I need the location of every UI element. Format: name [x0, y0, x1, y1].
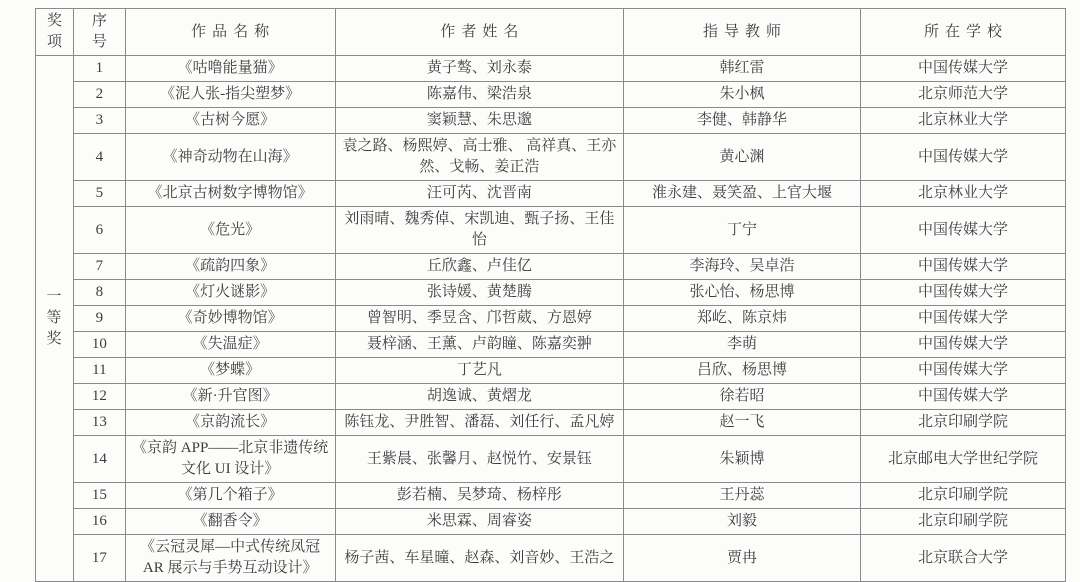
header-title: 作品名称 [125, 9, 335, 56]
cell-school: 北京联合大学 [861, 535, 1066, 582]
cell-authors: 汪可芮、沈晋南 [335, 181, 623, 207]
cell-no: 6 [74, 207, 126, 254]
cell-advisors: 赵一飞 [624, 410, 861, 436]
header-school: 所在学校 [861, 9, 1066, 56]
cell-title: 《第几个箱子》 [125, 483, 335, 509]
cell-school: 中国传媒大学 [861, 358, 1066, 384]
cell-authors: 杨子茜、车星曈、赵森、刘音妙、王浩之 [335, 535, 623, 582]
cell-authors: 彭若楠、吴梦琦、杨梓彤 [335, 483, 623, 509]
cell-title: 《京韵流长》 [125, 410, 335, 436]
cell-title: 《奇妙博物馆》 [125, 306, 335, 332]
cell-title: 《梦蝶》 [125, 358, 335, 384]
cell-authors: 黄子骜、刘永泰 [335, 56, 623, 82]
cell-school: 北京林业大学 [861, 108, 1066, 134]
cell-title: 《京韵 APP——北京非遗传统文化 UI 设计》 [125, 436, 335, 483]
cell-school: 中国传媒大学 [861, 332, 1066, 358]
cell-no: 11 [74, 358, 126, 384]
cell-school: 中国传媒大学 [861, 384, 1066, 410]
award-group-cell: 一等奖 [36, 56, 74, 582]
cell-no: 14 [74, 436, 126, 483]
cell-no: 5 [74, 181, 126, 207]
cell-advisors: 朱颖博 [624, 436, 861, 483]
cell-no: 7 [74, 254, 126, 280]
table-row: 一等奖1 《咕噜能量猫》 黄子骜、刘永泰 韩红雷 中国传媒大学 [36, 56, 1066, 82]
cell-authors: 陈嘉伟、梁浩泉 [335, 82, 623, 108]
page-background: 奖项 序号 作品名称 作者姓名 指导教师 所在学校 一等奖1 《咕噜能量猫》 黄… [0, 0, 1080, 582]
cell-authors: 丘欣鑫、卢佳亿 [335, 254, 623, 280]
cell-advisors: 李健、韩静华 [624, 108, 861, 134]
cell-title: 《疏韵四象》 [125, 254, 335, 280]
cell-advisors: 淮永建、聂笑盈、上官大堰 [624, 181, 861, 207]
cell-no: 10 [74, 332, 126, 358]
cell-no: 13 [74, 410, 126, 436]
cell-school: 中国传媒大学 [861, 56, 1066, 82]
cell-advisors: 李萌 [624, 332, 861, 358]
cell-school: 北京邮电大学世纪学院 [861, 436, 1066, 483]
header-award: 奖项 [36, 9, 74, 56]
cell-title: 《云冠灵犀—中式传统凤冠 AR 展示与手势互动设计》 [125, 535, 335, 582]
table-body: 一等奖1 《咕噜能量猫》 黄子骜、刘永泰 韩红雷 中国传媒大学 2 《泥人张-指… [36, 56, 1066, 582]
cell-school: 北京印刷学院 [861, 410, 1066, 436]
table-row: 10 《失温症》 聂梓涵、王薰、卢韵瞳、陈嘉奕翀 李萌 中国传媒大学 [36, 332, 1066, 358]
cell-authors: 曾智明、季昱含、邝哲葳、方恩婷 [335, 306, 623, 332]
cell-no: 4 [74, 134, 126, 181]
cell-advisors: 王丹蕊 [624, 483, 861, 509]
cell-title: 《新·升官图》 [125, 384, 335, 410]
cell-authors: 张诗媛、黄楚腾 [335, 280, 623, 306]
cell-no: 15 [74, 483, 126, 509]
cell-no: 1 [74, 56, 126, 82]
cell-title: 《咕噜能量猫》 [125, 56, 335, 82]
table-header-row: 奖项 序号 作品名称 作者姓名 指导教师 所在学校 [36, 9, 1066, 56]
cell-advisors: 刘毅 [624, 509, 861, 535]
cell-school: 中国传媒大学 [861, 134, 1066, 181]
table-row: 11 《梦蝶》 丁艺凡 吕欣、杨思博 中国传媒大学 [36, 358, 1066, 384]
cell-school: 中国传媒大学 [861, 207, 1066, 254]
cell-title: 《泥人张-指尖塑梦》 [125, 82, 335, 108]
cell-authors: 陈钰龙、尹胜智、潘磊、刘任行、孟凡婷 [335, 410, 623, 436]
table-row: 16 《翻香令》 米思霖、周睿姿 刘毅 北京印刷学院 [36, 509, 1066, 535]
cell-school: 北京林业大学 [861, 181, 1066, 207]
table-row: 15 《第几个箱子》 彭若楠、吴梦琦、杨梓彤 王丹蕊 北京印刷学院 [36, 483, 1066, 509]
cell-school: 中国传媒大学 [861, 254, 1066, 280]
cell-school: 北京师范大学 [861, 82, 1066, 108]
table-row: 14 《京韵 APP——北京非遗传统文化 UI 设计》 王紫晨、张馨月、赵悦竹、… [36, 436, 1066, 483]
cell-no: 2 [74, 82, 126, 108]
cell-no: 16 [74, 509, 126, 535]
cell-school: 北京印刷学院 [861, 509, 1066, 535]
cell-title: 《灯火谜影》 [125, 280, 335, 306]
table-row: 13 《京韵流长》 陈钰龙、尹胜智、潘磊、刘任行、孟凡婷 赵一飞 北京印刷学院 [36, 410, 1066, 436]
cell-title: 《北京古树数字博物馆》 [125, 181, 335, 207]
cell-school: 北京印刷学院 [861, 483, 1066, 509]
cell-advisors: 黄心渊 [624, 134, 861, 181]
cell-authors: 聂梓涵、王薰、卢韵瞳、陈嘉奕翀 [335, 332, 623, 358]
cell-advisors: 丁宁 [624, 207, 861, 254]
table-row: 12 《新·升官图》 胡逸诚、黄熠龙 徐若昭 中国传媒大学 [36, 384, 1066, 410]
cell-authors: 胡逸诚、黄熠龙 [335, 384, 623, 410]
table-row: 6 《危光》 刘雨晴、魏秀倬、宋凯迪、甄子扬、王佳怡 丁宁 中国传媒大学 [36, 207, 1066, 254]
cell-advisors: 韩红雷 [624, 56, 861, 82]
cell-no: 8 [74, 280, 126, 306]
cell-authors: 刘雨晴、魏秀倬、宋凯迪、甄子扬、王佳怡 [335, 207, 623, 254]
cell-no: 3 [74, 108, 126, 134]
cell-title: 《失温症》 [125, 332, 335, 358]
header-advisors: 指导教师 [624, 9, 861, 56]
table-row: 5 《北京古树数字博物馆》 汪可芮、沈晋南 淮永建、聂笑盈、上官大堰 北京林业大… [36, 181, 1066, 207]
header-no: 序号 [74, 9, 126, 56]
cell-advisors: 徐若昭 [624, 384, 861, 410]
table-row: 2 《泥人张-指尖塑梦》 陈嘉伟、梁浩泉 朱小枫 北京师范大学 [36, 82, 1066, 108]
cell-title: 《翻香令》 [125, 509, 335, 535]
header-authors: 作者姓名 [335, 9, 623, 56]
cell-title: 《古树今愿》 [125, 108, 335, 134]
cell-no: 9 [74, 306, 126, 332]
cell-authors: 王紫晨、张馨月、赵悦竹、安景钰 [335, 436, 623, 483]
cell-school: 中国传媒大学 [861, 280, 1066, 306]
cell-advisors: 贾冉 [624, 535, 861, 582]
table-row: 3 《古树今愿》 窦颖慧、朱思邈 李健、韩静华 北京林业大学 [36, 108, 1066, 134]
cell-school: 中国传媒大学 [861, 306, 1066, 332]
cell-authors: 米思霖、周睿姿 [335, 509, 623, 535]
cell-advisors: 朱小枫 [624, 82, 861, 108]
award-winners-table: 奖项 序号 作品名称 作者姓名 指导教师 所在学校 一等奖1 《咕噜能量猫》 黄… [35, 8, 1066, 582]
cell-title: 《神奇动物在山海》 [125, 134, 335, 181]
cell-title: 《危光》 [125, 207, 335, 254]
table-row: 8 《灯火谜影》 张诗媛、黄楚腾 张心怡、杨思博 中国传媒大学 [36, 280, 1066, 306]
cell-authors: 窦颖慧、朱思邈 [335, 108, 623, 134]
table-row: 4 《神奇动物在山海》 袁之路、杨熙婷、高士雅、 高祥真、王亦然、戈畅、姜正浩 … [36, 134, 1066, 181]
cell-no: 17 [74, 535, 126, 582]
cell-authors: 丁艺凡 [335, 358, 623, 384]
cell-advisors: 李海玲、吴卓浩 [624, 254, 861, 280]
cell-no: 12 [74, 384, 126, 410]
table-row: 7 《疏韵四象》 丘欣鑫、卢佳亿 李海玲、吴卓浩 中国传媒大学 [36, 254, 1066, 280]
cell-advisors: 张心怡、杨思博 [624, 280, 861, 306]
table-row: 17 《云冠灵犀—中式传统凤冠 AR 展示与手势互动设计》 杨子茜、车星曈、赵森… [36, 535, 1066, 582]
cell-advisors: 吕欣、杨思博 [624, 358, 861, 384]
table-row: 9 《奇妙博物馆》 曾智明、季昱含、邝哲葳、方恩婷 郑屹、陈京炜 中国传媒大学 [36, 306, 1066, 332]
cell-advisors: 郑屹、陈京炜 [624, 306, 861, 332]
cell-authors: 袁之路、杨熙婷、高士雅、 高祥真、王亦然、戈畅、姜正浩 [335, 134, 623, 181]
